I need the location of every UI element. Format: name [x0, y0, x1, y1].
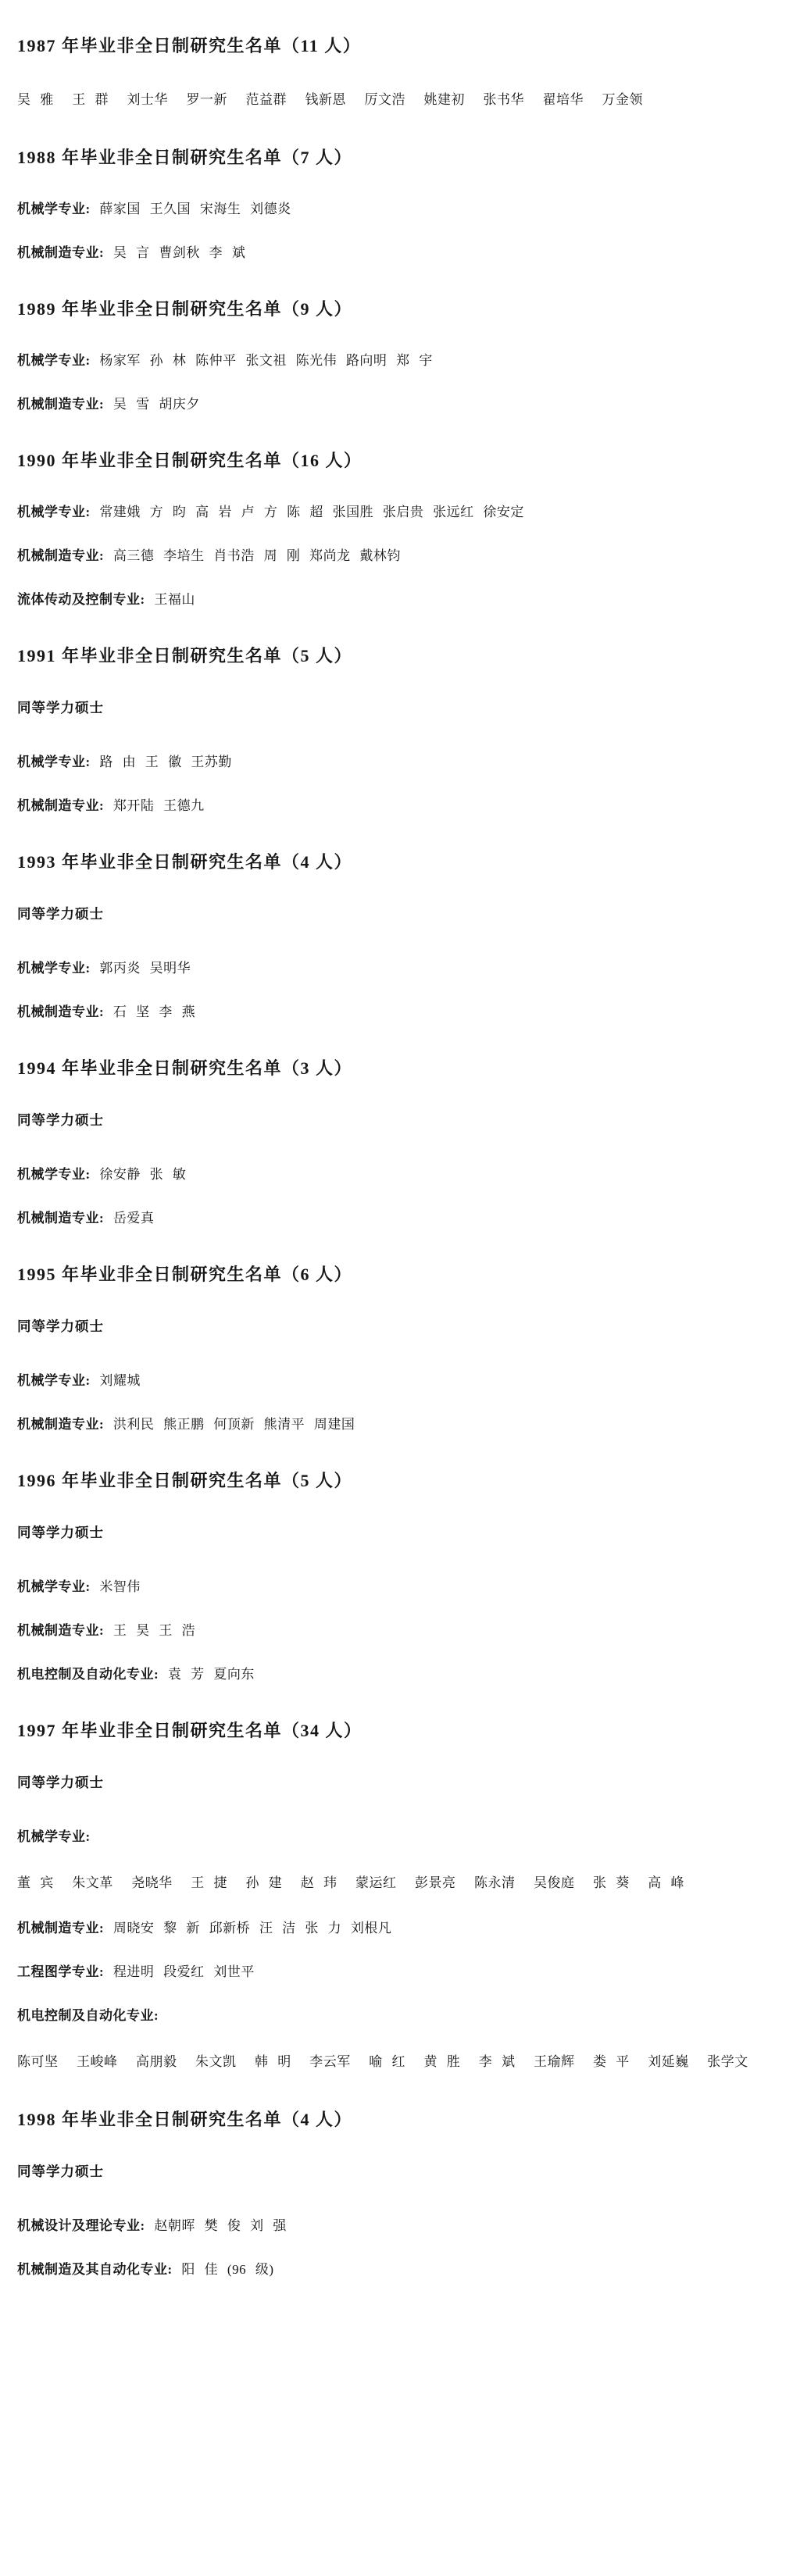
- year-section-1987: 1987 年毕业非全日制研究生名单（11 人）吴 雅 王 群 刘士华 罗一新 范…: [17, 34, 778, 113]
- section-title: 1995 年毕业非全日制研究生名单（6 人）: [17, 1263, 778, 1286]
- major-row: 机械学专业: 杨家军 孙 林 陈仲平 张文祖 陈光伟 路向明 郑 宇: [17, 349, 778, 373]
- major-label: 机械制造专业:: [17, 245, 104, 260]
- major-row: 机械制造专业: 王 昊 王 浩: [17, 1619, 778, 1643]
- degree-type-label: 同等学力硕士: [17, 1521, 778, 1544]
- names-text: 程进明 段爱红 刘世平: [113, 1964, 255, 1979]
- names-text: 吴 雅 王 群 刘士华 罗一新 范益群 钱新恩 厉文浩 姚建初 张书华 翟培华 …: [17, 92, 643, 107]
- names-text: 杨家军 孙 林 陈仲平 张文祖 陈光伟 路向明 郑 宇: [99, 353, 433, 368]
- names-text: 米智伟: [99, 1579, 141, 1594]
- names-text: 高三德 李培生 肖书浩 周 刚 郑尚龙 戴林钧: [113, 548, 401, 563]
- names-text: 王福山: [154, 592, 195, 607]
- major-row: 机械学专业:: [17, 1825, 778, 1849]
- names-row: 陈可坚 王峻峰 高朋毅 朱文凯 韩 明 李云军 喻 红 黄 胜 李 斌 王瑜辉 …: [17, 2048, 778, 2075]
- major-label: 机械学专业:: [17, 202, 91, 216]
- major-row: 工程图学专业: 程进明 段爱红 刘世平: [17, 1961, 778, 1984]
- section-title: 1993 年毕业非全日制研究生名单（4 人）: [17, 851, 778, 874]
- names-text: 洪利民 熊正鹏 何顶新 熊清平 周建国: [113, 1417, 355, 1432]
- major-label: 机械制造专业:: [17, 798, 104, 813]
- major-row: 机械制造专业: 吴 雪 胡庆夕: [17, 393, 778, 416]
- names-text: 薛家国 王久国 宋海生 刘德炎: [99, 202, 291, 216]
- major-label: 机械制造专业:: [17, 1004, 104, 1019]
- section-title: 1987 年毕业非全日制研究生名单（11 人）: [17, 34, 778, 58]
- names-text: 石 坚 李 燕: [113, 1004, 195, 1019]
- major-label: 机械学专业:: [17, 755, 91, 769]
- names-text: 赵朝晖 樊 俊 刘 强: [154, 2218, 287, 2233]
- year-section-1998: 1998 年毕业非全日制研究生名单（4 人）同等学力硕士机械设计及理论专业: 赵…: [17, 2108, 778, 2282]
- major-row: 机械制造专业: 石 坚 李 燕: [17, 1001, 778, 1024]
- year-section-1993: 1993 年毕业非全日制研究生名单（4 人）同等学力硕士机械学专业: 郭丙炎 吴…: [17, 851, 778, 1024]
- major-row: 机械学专业: 路 由 王 徽 王苏勤: [17, 751, 778, 774]
- major-row: 机械学专业: 徐安静 张 敏: [17, 1163, 778, 1186]
- section-title: 1997 年毕业非全日制研究生名单（34 人）: [17, 1719, 778, 1743]
- major-label: 工程图学专业:: [17, 1964, 104, 1979]
- major-label: 机械学专业:: [17, 1579, 91, 1594]
- names-row: 吴 雅 王 群 刘士华 罗一新 范益群 钱新恩 厉文浩 姚建初 张书华 翟培华 …: [17, 86, 778, 113]
- year-section-1996: 1996 年毕业非全日制研究生名单（5 人）同等学力硕士机械学专业: 米智伟机械…: [17, 1469, 778, 1686]
- major-row: 机械制造专业: 周晓安 黎 新 邱新桥 汪 洁 张 力 刘根凡: [17, 1917, 778, 1940]
- major-label: 机械学专业:: [17, 1167, 91, 1182]
- major-row: 机械制造专业: 郑开陆 王德九: [17, 794, 778, 818]
- names-text: 袁 芳 夏向东: [168, 1667, 255, 1682]
- degree-type-label: 同等学力硕士: [17, 1771, 778, 1794]
- section-title: 1998 年毕业非全日制研究生名单（4 人）: [17, 2108, 778, 2132]
- major-label: 机械学专业:: [17, 1829, 91, 1844]
- major-label: 机械制造专业:: [17, 548, 104, 563]
- major-label: 机械设计及理论专业:: [17, 2218, 145, 2233]
- major-row: 流体传动及控制专业: 王福山: [17, 588, 778, 612]
- major-label: 机械制造专业:: [17, 1211, 104, 1226]
- names-text: 郑开陆 王德九: [113, 798, 205, 813]
- major-label: 机械制造及其自动化专业:: [17, 2262, 173, 2277]
- year-section-1988: 1988 年毕业非全日制研究生名单（7 人）机械学专业: 薛家国 王久国 宋海生…: [17, 146, 778, 265]
- major-row: 机械制造专业: 吴 言 曹剑秋 李 斌: [17, 241, 778, 265]
- major-row: 机械学专业: 薛家国 王久国 宋海生 刘德炎: [17, 198, 778, 221]
- document-page: 1987 年毕业非全日制研究生名单（11 人）吴 雅 王 群 刘士华 罗一新 范…: [0, 0, 800, 2369]
- year-section-1997: 1997 年毕业非全日制研究生名单（34 人）同等学力硕士机械学专业:董 宾 朱…: [17, 1719, 778, 2075]
- names-text: 徐安静 张 敏: [99, 1167, 186, 1182]
- degree-type-label: 同等学力硕士: [17, 2160, 778, 2183]
- major-row: 机械学专业: 常建娥 方 昀 高 岩 卢 方 陈 超 张国胜 张启贵 张远红 徐…: [17, 501, 778, 524]
- names-text: 吴 言 曹剑秋 李 斌: [113, 245, 246, 260]
- names-text: 陈可坚 王峻峰 高朋毅 朱文凯 韩 明 李云军 喻 红 黄 胜 李 斌 王瑜辉 …: [17, 2054, 748, 2069]
- section-title: 1989 年毕业非全日制研究生名单（9 人）: [17, 298, 778, 321]
- major-row: 机械学专业: 刘耀城: [17, 1369, 778, 1393]
- names-text: 常建娥 方 昀 高 岩 卢 方 陈 超 张国胜 张启贵 张远红 徐安定: [99, 505, 524, 519]
- names-row: 董 宾 朱文革 尧晓华 王 捷 孙 建 赵 玮 蒙运红 彭景亮 陈永清 吴俊庭 …: [17, 1869, 778, 1896]
- section-title: 1996 年毕业非全日制研究生名单（5 人）: [17, 1469, 778, 1493]
- names-text: 周晓安 黎 新 邱新桥 汪 洁 张 力 刘根凡: [113, 1921, 392, 1936]
- major-row: 机械制造专业: 岳爱真: [17, 1207, 778, 1230]
- year-section-1991: 1991 年毕业非全日制研究生名单（5 人）同等学力硕士机械学专业: 路 由 王…: [17, 644, 778, 818]
- section-title: 1994 年毕业非全日制研究生名单（3 人）: [17, 1057, 778, 1080]
- major-row: 机械学专业: 米智伟: [17, 1575, 778, 1599]
- names-text: 刘耀城: [99, 1373, 141, 1388]
- major-row: 机械制造专业: 高三德 李培生 肖书浩 周 刚 郑尚龙 戴林钧: [17, 544, 778, 568]
- major-label: 机械学专业:: [17, 505, 91, 519]
- major-row: 机电控制及自动化专业: 袁 芳 夏向东: [17, 1663, 778, 1686]
- names-text: 阳 佳 (96 级): [181, 2262, 273, 2277]
- major-label: 机械学专业:: [17, 353, 91, 368]
- degree-type-label: 同等学力硕士: [17, 1315, 778, 1338]
- section-title: 1990 年毕业非全日制研究生名单（16 人）: [17, 449, 778, 473]
- degree-type-label: 同等学力硕士: [17, 902, 778, 926]
- year-section-1995: 1995 年毕业非全日制研究生名单（6 人）同等学力硕士机械学专业: 刘耀城机械…: [17, 1263, 778, 1436]
- names-text: 王 昊 王 浩: [113, 1623, 195, 1638]
- major-label: 机械学专业:: [17, 961, 91, 976]
- year-section-1990: 1990 年毕业非全日制研究生名单（16 人）机械学专业: 常建娥 方 昀 高 …: [17, 449, 778, 612]
- major-label: 机械制造专业:: [17, 1417, 104, 1432]
- major-label: 机电控制及自动化专业:: [17, 1667, 159, 1682]
- year-section-1994: 1994 年毕业非全日制研究生名单（3 人）同等学力硕士机械学专业: 徐安静 张…: [17, 1057, 778, 1230]
- major-row: 机械学专业: 郭丙炎 吴明华: [17, 957, 778, 980]
- names-text: 董 宾 朱文革 尧晓华 王 捷 孙 建 赵 玮 蒙运红 彭景亮 陈永清 吴俊庭 …: [17, 1875, 684, 1890]
- major-label: 机械学专业:: [17, 1373, 91, 1388]
- major-row: 机械制造及其自动化专业: 阳 佳 (96 级): [17, 2258, 778, 2282]
- names-text: 郭丙炎 吴明华: [99, 961, 191, 976]
- major-label: 流体传动及控制专业:: [17, 592, 145, 607]
- major-row: 机电控制及自动化专业:: [17, 2004, 778, 2028]
- major-row: 机械制造专业: 洪利民 熊正鹏 何顶新 熊清平 周建国: [17, 1413, 778, 1436]
- section-title: 1988 年毕业非全日制研究生名单（7 人）: [17, 146, 778, 169]
- degree-type-label: 同等学力硕士: [17, 1108, 778, 1132]
- names-text: 路 由 王 徽 王苏勤: [99, 755, 232, 769]
- major-label: 机械制造专业:: [17, 1921, 104, 1936]
- major-label: 机械制造专业:: [17, 1623, 104, 1638]
- major-label: 机械制造专业:: [17, 397, 104, 412]
- major-row: 机械设计及理论专业: 赵朝晖 樊 俊 刘 强: [17, 2214, 778, 2238]
- degree-type-label: 同等学力硕士: [17, 696, 778, 719]
- year-section-1989: 1989 年毕业非全日制研究生名单（9 人）机械学专业: 杨家军 孙 林 陈仲平…: [17, 298, 778, 416]
- names-text: 吴 雪 胡庆夕: [113, 397, 200, 412]
- major-label: 机电控制及自动化专业:: [17, 2008, 159, 2023]
- names-text: 岳爱真: [113, 1211, 155, 1226]
- section-title: 1991 年毕业非全日制研究生名单（5 人）: [17, 644, 778, 668]
